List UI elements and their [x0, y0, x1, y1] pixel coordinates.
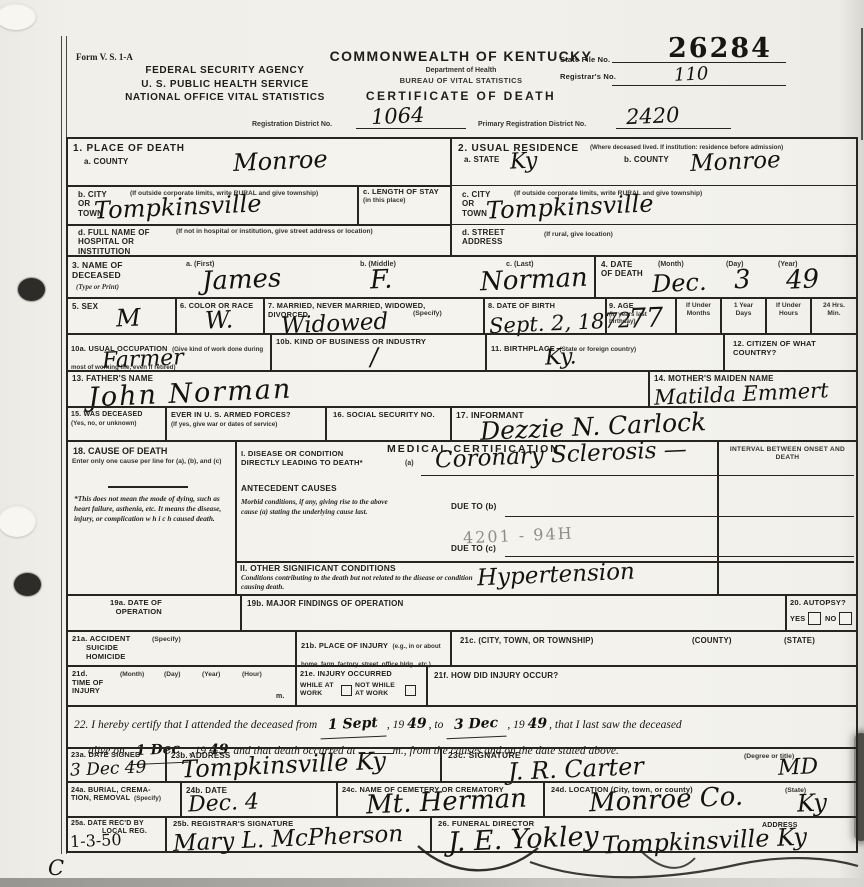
row-service-informant: 15. WAS DECEASED (Yes, no, or unknown) E… — [68, 406, 856, 440]
form-number: Form V. S. 1-A — [76, 52, 133, 62]
ssn-label: 16. SOCIAL SECURITY NO. — [327, 408, 450, 420]
attended-to-value: 3 Dec — [446, 711, 507, 739]
residence-county-value: Monroe — [689, 147, 781, 177]
printed-19-a: , 19 — [386, 719, 405, 731]
injury-location-cell: 21c. (CITY, TOWN, OR TOWNSHIP) (COUNTY) … — [452, 632, 856, 665]
race-value: W. — [204, 305, 233, 334]
autopsy-yes-checkbox — [808, 612, 821, 625]
antecedent-title: ANTECEDENT CAUSES — [241, 484, 337, 494]
scan-edge-line — [861, 28, 864, 140]
due-to-b-label: DUE TO (b) — [451, 502, 497, 512]
county-value: Monroe — [232, 145, 328, 177]
county-label: a. COUNTY — [84, 157, 128, 166]
injury-state-label: (STATE) — [784, 636, 815, 645]
citizen-cell: 12. CITIZEN OF WHAT COUNTRY? — [725, 335, 856, 370]
antecedent-note: Morbid conditions, if any, giving rise t… — [241, 498, 393, 517]
injury-county-label: (COUNTY) — [692, 636, 732, 645]
certify-text-1: I hereby certify that I attended the dec… — [91, 719, 317, 731]
signature-flourish — [410, 840, 860, 884]
row-operation: 19a. DATE OF OPERATION 19b. MAJOR FINDIN… — [68, 594, 856, 630]
birth-label: 8. DATE OF BIRTH — [488, 302, 555, 311]
injury-day-label: (Day) — [164, 671, 181, 679]
registrar-signature-cell: 25b. REGISTRAR'S SIGNATURE Mary L. McPhe… — [167, 818, 432, 853]
injury-month-label: (Month) — [120, 671, 144, 679]
operation-date-cell: 19a. DATE OF OPERATION — [68, 596, 242, 630]
armed-forces-label: EVER IN U. S. ARMED FORCES? — [167, 408, 325, 420]
accident-note: (Specify) — [152, 636, 181, 644]
injury-occurred-cell: 21e. INJURY OCCURRED WHILE AT WORK NOT W… — [297, 667, 428, 705]
stay-note: (in this place) — [359, 197, 452, 205]
burial-state-value: Ky — [796, 788, 827, 817]
cemetery-cell: 24c. NAME OF CEMETERY OR CREMATORY Mt. H… — [338, 783, 545, 816]
death-year-value: 49 — [785, 264, 819, 295]
how-injury-label: 21f. HOW DID INJURY OCCUR? — [428, 667, 856, 680]
birthplace-cell: 11. BIRTHPLACE (State or foreign country… — [487, 335, 725, 370]
certificate-header: Form V. S. 1-A FEDERAL SECURITY AGENCY U… — [66, 40, 858, 136]
cause-note-2: *This does not mean the mode of dying, s… — [74, 494, 230, 524]
operation-date-label: 19a. DATE OF OPERATION — [68, 596, 168, 617]
row-name-deathdate: 3. NAME OF DECEASED (Type or Print) a. (… — [68, 255, 856, 297]
business-cell: 10b. KIND OF BUSINESS OR INDUSTRY / — [272, 335, 487, 370]
sex-value: M — [115, 303, 141, 332]
cause-divider — [108, 486, 188, 488]
place-of-injury-label: 21b. PLACE OF INJURY — [301, 641, 388, 650]
time-of-injury-label: 21d. TIME OF INJURY — [72, 670, 108, 696]
age-col-months-bottom: Months — [677, 310, 720, 318]
due-to-c-label: DUE TO (c) — [451, 544, 496, 554]
hospital-note: (If not in hospital or institution, give… — [176, 228, 438, 236]
burial-type-note: (Specify) — [134, 795, 161, 803]
other-conditions-note: Conditions contributing to the death but… — [241, 574, 473, 593]
birthplace-value: Ky. — [544, 344, 577, 370]
place-of-injury-cell: 21b. PLACE OF INJURY (e.g., in or about … — [297, 632, 452, 665]
name-section-note: (Type or Print) — [76, 283, 119, 291]
date-of-death-cell: 4. DATE OF DEATH (Month) (Day) (Year) De… — [596, 257, 856, 297]
age-col-min: 24 Hrs. Min. — [812, 299, 856, 333]
death-date-label: 4. DATE OF DEATH — [601, 260, 643, 279]
cause-of-death-label-cell: 18. CAUSE OF DEATH Enter only one cause … — [68, 442, 237, 594]
age-cell: 9. AGE (In years last birthday) 77 — [607, 299, 677, 333]
printed-19-b: , 19 — [506, 719, 525, 731]
corner-mark: C — [48, 856, 64, 880]
address-cell: 23b. ADDRESS Tompkinsville Ky — [167, 749, 442, 781]
row-signature: 23a. DATE SIGNED 3 Dec 49 23b. ADDRESS T… — [68, 747, 856, 781]
autopsy-no-checkbox — [839, 612, 852, 625]
sex-label: 5. SEX — [72, 302, 98, 311]
registrar-no-label: Registrar's No. — [560, 73, 616, 82]
date-received-line1: 25a. DATE REC'D BY — [71, 820, 144, 828]
registration-district-label: Registration District No. — [252, 121, 332, 129]
mother-cell: 14. MOTHER'S MAIDEN NAME Matilda Emmert — [650, 372, 856, 406]
date-signed-cell: 23a. DATE SIGNED 3 Dec 49 — [68, 749, 167, 781]
burial-date-value: Dec. 4 — [187, 789, 259, 817]
certify-text-2: , to — [429, 719, 444, 731]
death-month-value: Dec. — [651, 268, 707, 298]
row-occupation: 10a. USUAL OCCUPATION (Give kind of work… — [68, 333, 856, 370]
was-deceased-cell: 15. WAS DECEASED (Yes, no, or unknown) — [68, 408, 167, 440]
birth-date-cell: 8. DATE OF BIRTH Sept. 2, 1872 — [485, 299, 607, 333]
middle-name-value: F. — [369, 265, 393, 296]
was-deceased-note: (Yes, no, or unknown) — [68, 419, 165, 428]
was-deceased-label: 15. WAS DECEASED — [68, 408, 165, 419]
age-col-min-top: 24 Hrs. — [812, 299, 856, 310]
injury-year-label: (Year) — [202, 671, 220, 679]
usual-residence-section: 2. USUAL RESIDENCE (Where deceased lived… — [452, 139, 856, 255]
age-col-months-top: If Under — [677, 299, 720, 310]
age-col-days: 1 Year Days — [722, 299, 767, 333]
autopsy-label: 20. AUTOPSY? — [790, 599, 846, 608]
autopsy-no-label: NO — [825, 615, 837, 624]
row-certify-statement: 22. I hereby certify that I attended the… — [68, 705, 856, 747]
disease-label-line2: DIRECTLY LEADING TO DEATH* — [241, 459, 363, 468]
interval-cell: INTERVAL BETWEEN ONSET AND DEATH — [719, 442, 856, 594]
while-at-work-checkbox — [341, 685, 352, 696]
street-label: d. STREET ADDRESS — [462, 228, 508, 247]
age-col-days-top: 1 Year — [722, 299, 765, 310]
residence-state-label: a. STATE — [464, 155, 500, 164]
residence-county-label: b. COUNTY — [624, 155, 669, 164]
primary-district-label: Primary Registration District No. — [478, 121, 586, 129]
state-file-number-stamp: 26284 — [668, 33, 772, 64]
age-col-hours-top: If Under — [767, 299, 810, 310]
date-received-value: 1-3-50 — [70, 830, 122, 851]
filing-dot-upper — [18, 278, 45, 301]
cause-title: 18. CAUSE OF DEATH — [73, 446, 167, 456]
age-col-days-bottom: Days — [722, 310, 765, 318]
informant-cell: 17. INFORMANT Dezzie N. Carlock — [452, 408, 856, 440]
burial-location-value: Monroe Co. — [588, 782, 743, 819]
citizen-label: 12. CITIZEN OF WHAT COUNTRY? — [733, 340, 823, 358]
punch-hole-top — [0, 3, 36, 30]
certify-text-3: , that I last saw the deceased — [549, 719, 682, 731]
filing-dot-lower — [14, 573, 41, 596]
interval-label: INTERVAL BETWEEN ONSET AND DEATH — [719, 442, 856, 462]
injury-meridiem-label: m. — [276, 693, 285, 701]
not-while-at-work-checkbox — [405, 685, 416, 696]
other-conditions-value: Hypertension — [477, 559, 636, 592]
registrar-no-value: 110 — [674, 63, 709, 85]
stay-label: c. LENGTH OF STAY — [359, 185, 452, 197]
cemetery-value: Mt. Herman — [365, 784, 527, 821]
attended-from-year: 49 — [405, 716, 428, 732]
burial-date-cell: 24b. DATE Dec. 4 — [182, 783, 338, 816]
armed-forces-cell: EVER IN U. S. ARMED FORCES? (If yes, giv… — [167, 408, 327, 440]
punch-hole-middle — [0, 505, 36, 537]
row-medical-certification: 18. CAUSE OF DEATH Enter only one cause … — [68, 440, 856, 594]
armed-forces-note: (If yes, give war or dates of service) — [167, 420, 325, 429]
scanned-death-certificate: C Form V. S. 1-A FEDERAL SECURITY AGENCY… — [0, 0, 864, 887]
autopsy-cell: 20. AUTOPSY? YES NO — [787, 596, 856, 630]
name-section-title: 3. NAME OF DECEASED — [72, 260, 158, 280]
accident-label-line3: HOMICIDE — [86, 653, 126, 662]
time-of-injury-cell: 21d. TIME OF INJURY (Month) (Day) (Year)… — [68, 667, 297, 705]
registration-district-value: 1064 — [371, 103, 425, 129]
row-place-residence: 1. PLACE OF DEATH a. COUNTY Monroe b. CI… — [68, 139, 856, 255]
age-value: 77 — [628, 302, 664, 334]
residence-state-value: Ky — [509, 148, 538, 174]
burial-type-line2: TION, REMOVAL — [71, 794, 130, 802]
age-col-months: If Under Months — [677, 299, 722, 333]
age-col-hours-bottom: Hours — [767, 310, 810, 318]
marital-note: (Specify) — [413, 310, 442, 318]
state-file-label: State File No. — [560, 56, 610, 65]
place-of-death-section: 1. PLACE OF DEATH a. COUNTY Monroe b. CI… — [68, 139, 452, 255]
name-of-deceased-cell: 3. NAME OF DECEASED (Type or Print) a. (… — [68, 257, 596, 297]
certificate-title: CERTIFICATE OF DEATH — [306, 90, 616, 104]
accident-cell: 21a. ACCIDENT SUICIDE HOMICIDE (Specify) — [68, 632, 297, 665]
disease-prefix: (a) — [405, 460, 414, 468]
degree-value: MD — [777, 754, 818, 781]
hospital-label: d. FULL NAME OF HOSPITAL OR INSTITUTION — [78, 228, 170, 256]
race-cell: 6. COLOR OR RACE W. — [177, 299, 265, 333]
row-burial: 24a. BURIAL, CREMA- TION, REMOVAL (Speci… — [68, 781, 856, 816]
city-value: Tompkinsville — [93, 189, 262, 224]
business-value: / — [369, 343, 378, 371]
marital-cell: 7. MARRIED, NEVER MARRIED, WIDOWED, DIVO… — [265, 299, 485, 333]
cause-note-1: Enter only one cause per line for (a), (… — [72, 458, 230, 466]
row-parents: 13. FATHER'S NAME John Norman 14. MOTHER… — [68, 370, 856, 406]
operation-findings-cell: 19b. MAJOR FINDINGS OF OPERATION — [242, 596, 787, 630]
death-day-value: 3 — [733, 265, 751, 296]
physician-signature-cell: 23c. SIGNATURE (Degree or title) J. R. C… — [442, 749, 856, 781]
injury-city-label: 21c. (CITY, TOWN, OR TOWNSHIP) — [460, 636, 594, 645]
burial-type-cell: 24a. BURIAL, CREMA- TION, REMOVAL (Speci… — [68, 783, 182, 816]
certificate-form-grid: 1. PLACE OF DEATH a. COUNTY Monroe b. CI… — [66, 137, 858, 853]
burial-location-cell: 24d. LOCATION (City, town, or county) (S… — [545, 783, 856, 816]
father-cell: 13. FATHER'S NAME John Norman — [68, 372, 650, 406]
first-name-value: James — [201, 263, 282, 296]
ssn-cell: 16. SOCIAL SECURITY NO. — [327, 408, 452, 440]
not-while-at-work-label: NOT WHILE AT WORK — [355, 682, 401, 698]
last-name-value: Norman — [479, 263, 588, 298]
length-of-stay-cell: c. LENGTH OF STAY (in this place) — [357, 185, 452, 224]
row-injury-time: 21d. TIME OF INJURY (Month) (Day) (Year)… — [68, 665, 856, 705]
attended-from-value: 1 Sept — [319, 711, 386, 739]
age-col-min-bottom: Min. — [812, 310, 856, 318]
age-col-hours: If Under Hours — [767, 299, 812, 333]
street-note: (If rural, give location) — [544, 231, 613, 239]
attended-to-year: 49 — [526, 716, 549, 732]
certify-number: 22. — [74, 719, 88, 731]
residence-city-value: Tompkinsville — [485, 189, 654, 224]
primary-district-value: 2420 — [626, 103, 680, 129]
medical-certification-cell: MEDICAL CERTIFICATION I. DISEASE OR COND… — [237, 442, 719, 594]
occupation-cell: 10a. USUAL OCCUPATION (Give kind of work… — [68, 335, 272, 370]
date-signed-value: 3 Dec 49 — [70, 757, 147, 780]
place-of-death-title: 1. PLACE OF DEATH — [73, 143, 185, 155]
injury-hour-label: (Hour) — [242, 671, 262, 679]
while-at-work-label: WHILE AT WORK — [300, 682, 340, 698]
how-injury-cell: 21f. HOW DID INJURY OCCUR? — [428, 667, 856, 705]
injury-occurred-label: 21e. INJURY OCCURRED — [300, 670, 392, 679]
other-conditions-title: II. OTHER SIGNIFICANT CONDITIONS — [240, 564, 396, 574]
row-vitals: 5. SEX M 6. COLOR OR RACE W. 7. MARRIED,… — [68, 297, 856, 333]
row-injury-kind: 21a. ACCIDENT SUICIDE HOMICIDE (Specify)… — [68, 630, 856, 665]
date-received-cell: 25a. DATE REC'D BY LOCAL REG. 1-3-50 — [68, 818, 167, 853]
operation-findings-label: 19b. MAJOR FINDINGS OF OPERATION — [242, 596, 785, 608]
sex-cell: 5. SEX M — [68, 299, 177, 333]
autopsy-yes-label: YES — [790, 615, 805, 624]
